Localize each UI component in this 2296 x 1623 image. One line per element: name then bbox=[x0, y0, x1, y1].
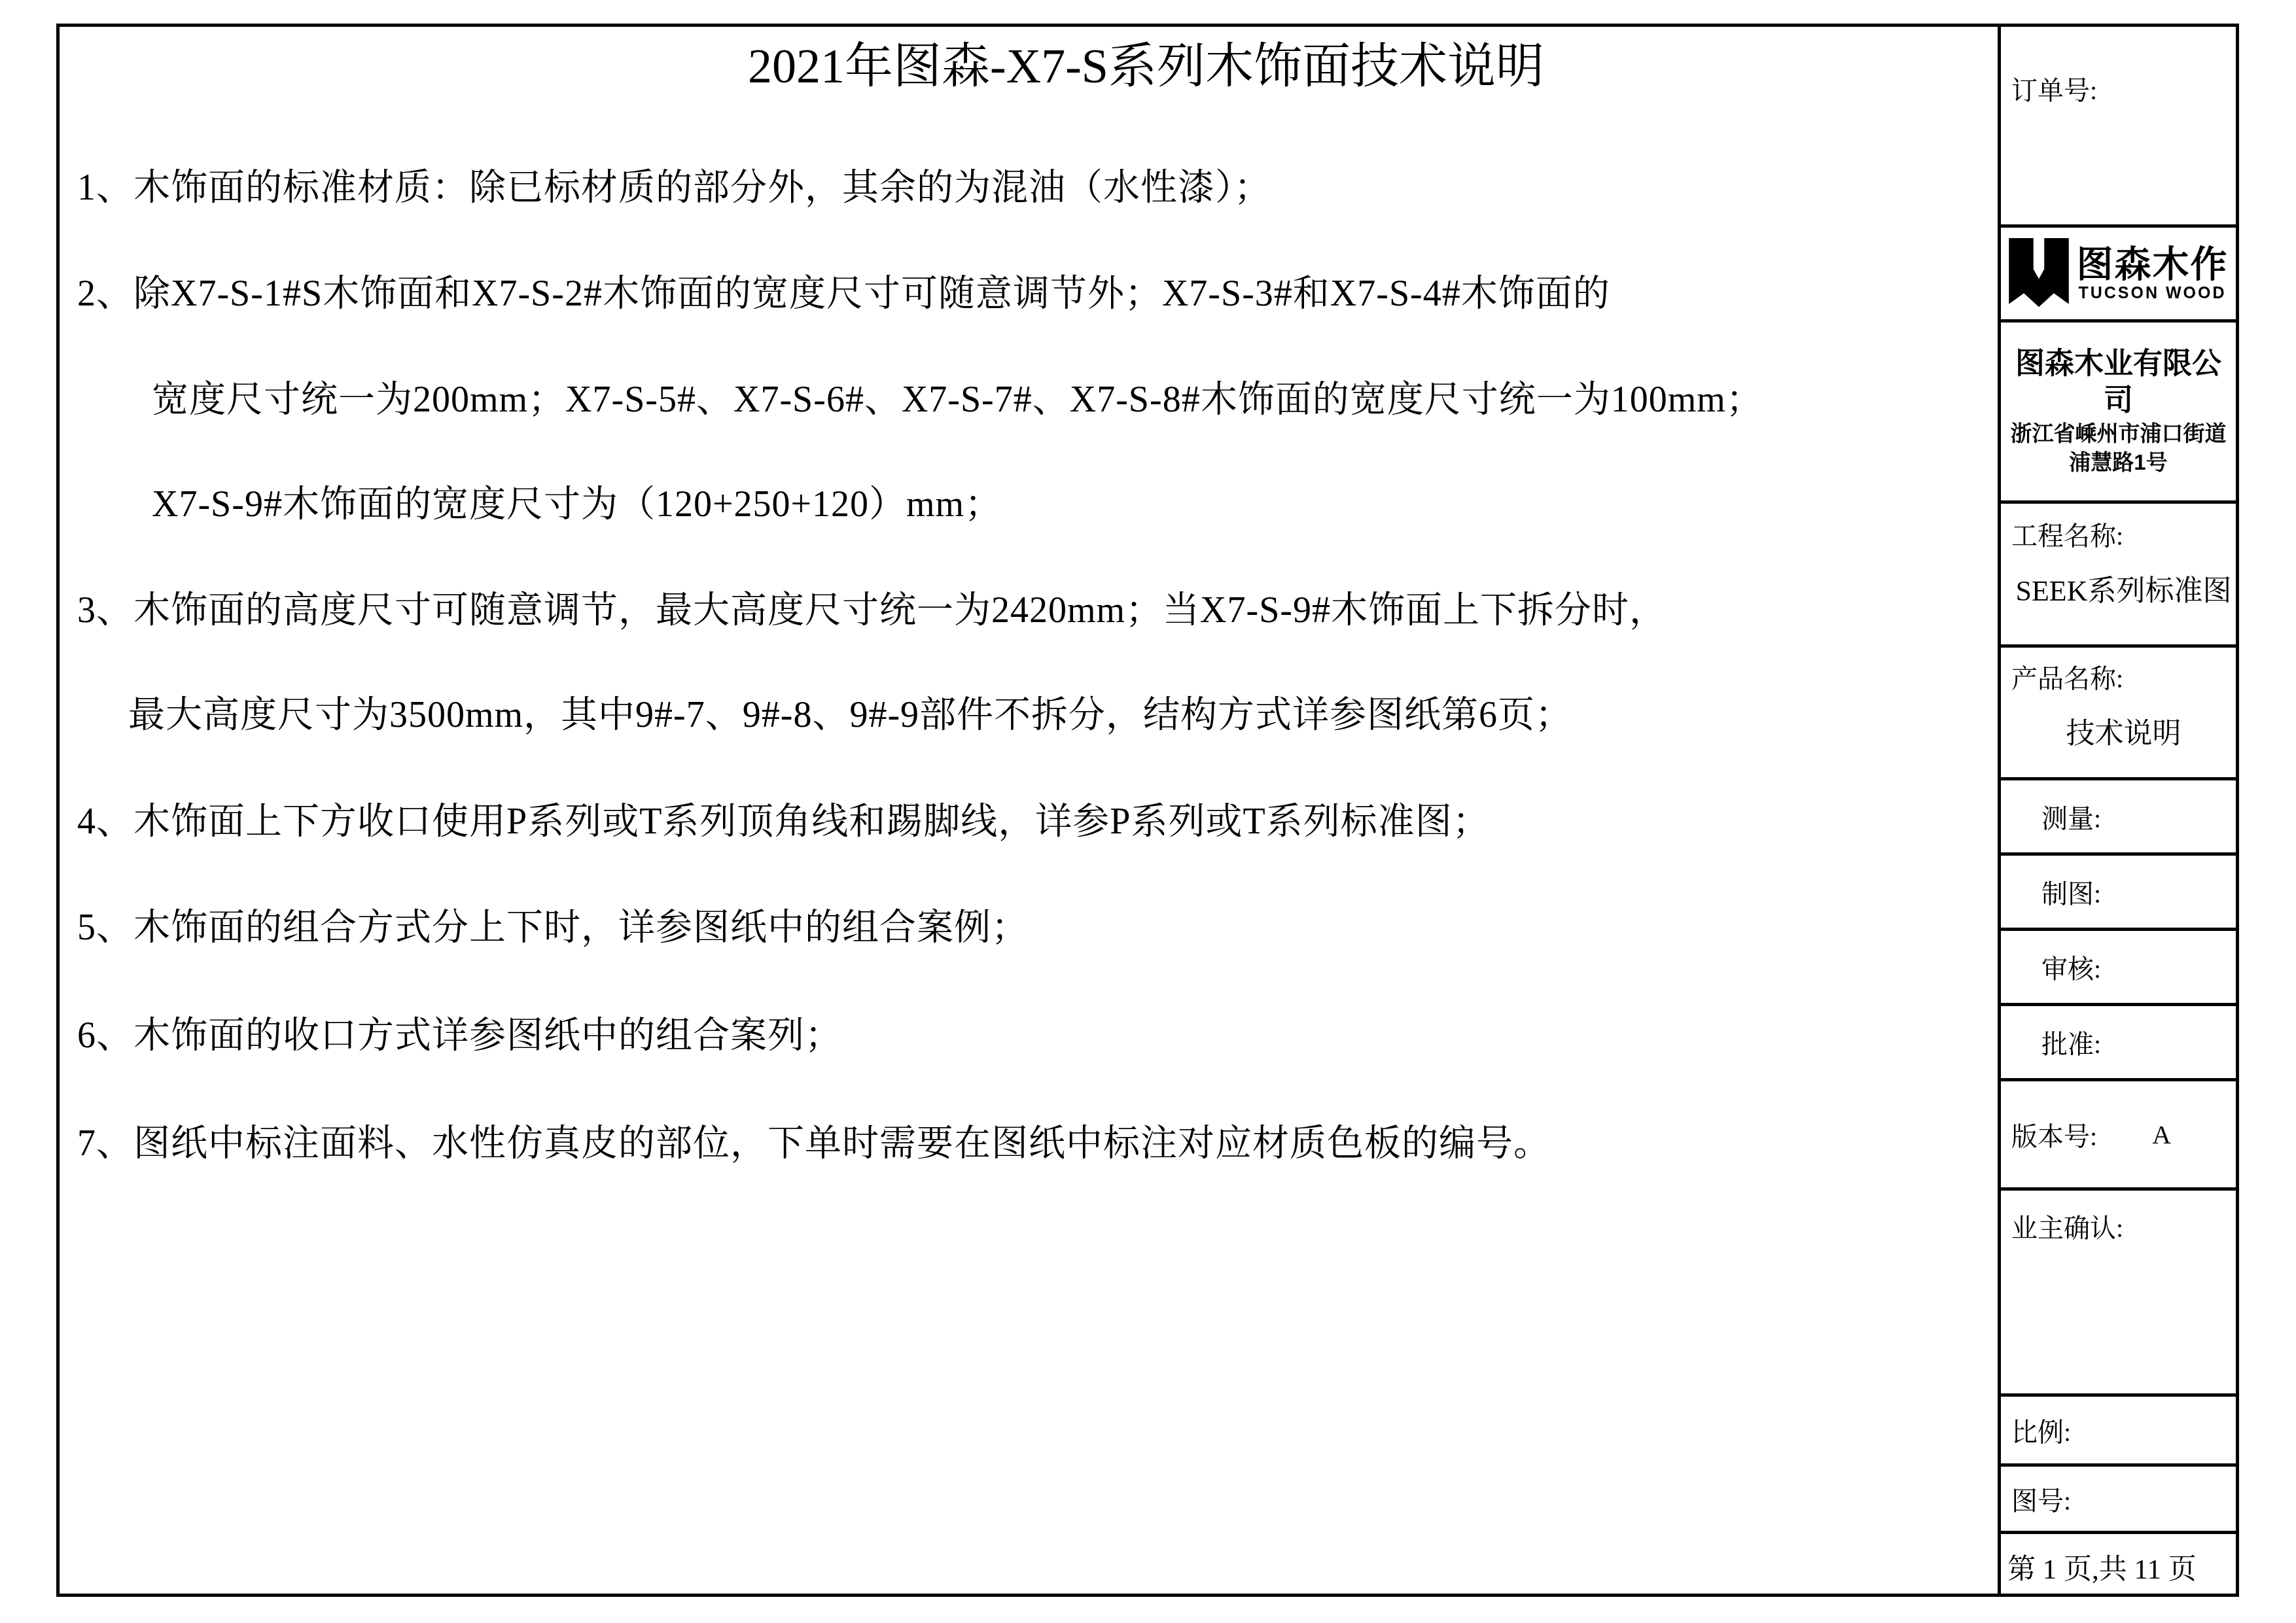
review-cell: 审核: bbox=[2001, 928, 2236, 1003]
scale-cell: 比例: bbox=[2001, 1393, 2236, 1463]
drawing-sheet: 2021年图森-X7-S系列木饰面技术说明 1、木饰面的标准材质：除已标材质的部… bbox=[0, 0, 2296, 1623]
version-label: 版本号: bbox=[2011, 1116, 2097, 1153]
drafting-label: 制图: bbox=[2041, 873, 2101, 911]
page-number-cell: 第 1 页,共 11 页 bbox=[2001, 1531, 2236, 1599]
drawing-number-cell: 图号: bbox=[2001, 1463, 2236, 1531]
order-number-label: 订单号: bbox=[2011, 76, 2097, 105]
measure-label: 测量: bbox=[2041, 798, 2101, 835]
drawing-number-label: 图号: bbox=[2011, 1480, 2071, 1518]
note-line: X7-S-9#木饰面的宽度尺寸为（120+250+120）mm； bbox=[152, 475, 1002, 527]
logo-wordmark: 图森木作 TUCSON WOOD bbox=[2077, 246, 2229, 302]
logo-cell: 图森木作 TUCSON WOOD bbox=[2001, 224, 2236, 319]
measure-cell: 测量: bbox=[2001, 777, 2236, 852]
review-label: 审核: bbox=[2041, 949, 2101, 986]
project-name-label: 工程名称: bbox=[2011, 521, 2123, 551]
owner-confirm-cell: 业主确认: bbox=[2001, 1187, 2236, 1393]
approval-label: 批准: bbox=[2041, 1024, 2101, 1061]
note-line: 最大高度尺寸为3500mm，其中9#-7、9#-8、9#-9部件不拆分，结构方式… bbox=[128, 686, 1572, 738]
logo-cn-text: 图森木作 bbox=[2077, 246, 2229, 283]
version-cell: 版本号: A bbox=[2001, 1078, 2236, 1187]
page-number-text: 第 1 页,共 11 页 bbox=[2007, 1547, 2197, 1587]
tucson-wood-logo-icon bbox=[2009, 238, 2069, 309]
order-number-cell: 订单号: bbox=[2001, 27, 2236, 224]
version-value: A bbox=[2152, 1119, 2171, 1150]
owner-confirm-label: 业主确认: bbox=[2011, 1213, 2123, 1243]
company-address-line2: 浦慧路1号 bbox=[2069, 448, 2167, 478]
note-line: 5、木饰面的组合方式分上下时，详参图纸中的组合案例； bbox=[77, 898, 1029, 951]
project-name-value: SEEK系列标准图 bbox=[2011, 567, 2236, 609]
drafting-cell: 制图: bbox=[2001, 852, 2236, 928]
note-line: 4、木饰面上下方收口使用P系列或T系列顶角线和踢脚线，详参P系列或T系列标准图； bbox=[77, 792, 1490, 845]
note-line: 宽度尺寸统一为200mm；X7-S-5#、X7-S-6#、X7-S-7#、X7-… bbox=[152, 370, 1763, 423]
note-line: 6、木饰面的收口方式详参图纸中的组合案列； bbox=[77, 1006, 842, 1058]
note-line: 3、木饰面的高度尺寸可随意调节，最大高度尺寸统一为2420mm；当X7-S-9#… bbox=[77, 581, 1667, 633]
product-name-cell: 产品名称: 技术说明 bbox=[2001, 644, 2236, 777]
project-name-cell: 工程名称: SEEK系列标准图 bbox=[2001, 500, 2236, 644]
company-name: 图森木业有限公司 bbox=[2001, 345, 2236, 419]
product-name-value: 技术说明 bbox=[2011, 710, 2236, 752]
note-line: 2、除X7-S-1#S木饰面和X7-S-2#木饰面的宽度尺寸可随意调节外；X7-… bbox=[77, 264, 1610, 317]
note-line: 7、图纸中标注面料、水性仿真皮的部位，下单时需要在图纸中标注对应材质色板的编号。 bbox=[77, 1114, 1551, 1166]
logo-en-text: TUCSON WOOD bbox=[2078, 285, 2226, 302]
company-cell: 图森木业有限公司 浙江省嵊州市浦口街道 浦慧路1号 bbox=[2001, 319, 2236, 500]
approval-cell: 批准: bbox=[2001, 1003, 2236, 1078]
note-line: 1、木饰面的标准材质：除已标材质的部分外，其余的为混油（水性漆）； bbox=[77, 158, 1271, 211]
sheet-title: 2021年图森-X7-S系列木饰面技术说明 bbox=[56, 27, 2236, 97]
company-address-line1: 浙江省嵊州市浦口街道 bbox=[2011, 419, 2227, 449]
title-block: 订单号: 图森木作 TUCSON WOOD 图森木业有限公司 浙江省嵊州市浦口街… bbox=[1998, 24, 2239, 1597]
product-name-label: 产品名称: bbox=[2011, 664, 2123, 693]
scale-label: 比例: bbox=[2011, 1412, 2071, 1449]
